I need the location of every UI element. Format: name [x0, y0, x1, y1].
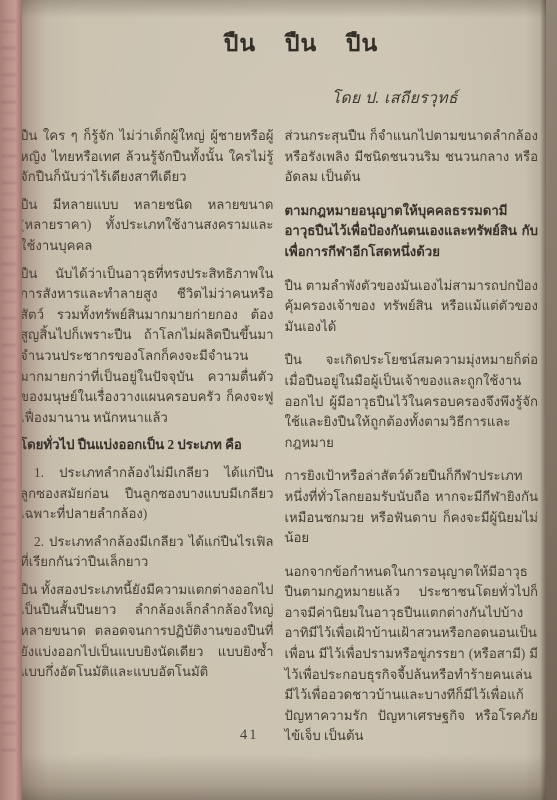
left-column: ปืน ใคร ๆ ก็รู้จัก ไม่ว่าเด็กผู้ใหญ่ ผู้…: [20, 126, 274, 760]
paragraph: ปืน จะเกิดประโยชน์สมความมุ่งหมายก็ต่อเมื…: [285, 350, 539, 453]
article-byline: โดย ป. เสถียรวุทธ์: [332, 85, 458, 110]
paragraph: ปืน ทั้งสองประเภทนี้ยังมีความแตกต่างออกไ…: [20, 580, 274, 683]
text-columns: ปืน ใคร ๆ ก็รู้จัก ไม่ว่าเด็กผู้ใหญ่ ผู้…: [20, 126, 538, 760]
paragraph: การยิงเป้าหรือล่าสัตว์ด้วยปืนก็กีฬาประเภ…: [285, 466, 539, 548]
paragraph: ปืน ใคร ๆ ก็รู้จัก ไม่ว่าเด็กผู้ใหญ่ ผู้…: [20, 126, 274, 188]
page-number: 41: [240, 727, 259, 744]
paragraph: ส่วนกระสุนปืน ก็จำแนกไปตามขนาดลำกล้องหรื…: [285, 126, 539, 188]
page-bottom-shadow: [14, 754, 546, 800]
paragraph: ปืน มีหลายแบบ หลายชนิด หลายขนาด (หลายราค…: [20, 195, 274, 257]
page-right-edge: [540, 0, 546, 800]
paragraph: ตามกฎหมายอนุญาตให้บุคคลธรรมดามีอาวุธปืนไ…: [285, 201, 539, 263]
paragraph: ปืน ตามลำพังตัวของมันเองไม่สามารถปกป้องค…: [285, 276, 539, 338]
book-scan: ปืน ปืน ปืน โดย ป. เสถียรวุทธ์ ปืน ใคร ๆ…: [0, 0, 557, 800]
section-heading: โดยทั่วไป ปืนแบ่งออกเป็น 2 ประเภท คือ: [20, 435, 274, 456]
book-page: ปืน ปืน ปืน โดย ป. เสถียรวุทธ์ ปืน ใคร ๆ…: [14, 0, 546, 800]
paragraph: นอกจากข้อกำหนดในการอนุญาตให้มีอาวุธปืนตา…: [285, 562, 539, 747]
numbered-item: 2. ประเภทลำกล้องมีเกลียว ได้แก่ปืนไรเฟิล…: [20, 532, 274, 573]
previous-page-edge: [0, 0, 22, 800]
paragraph: ปืน นับได้ว่าเป็นอาวุธที่ทรงประสิทธิภาพใ…: [20, 264, 274, 429]
page-top-shadow: [14, 0, 546, 18]
numbered-item: 1. ประเภทลำกล้องไม่มีเกลียว ได้แก่ปืนลูก…: [20, 463, 274, 525]
right-column: ส่วนกระสุนปืน ก็จำแนกไปตามขนาดลำกล้องหรื…: [285, 126, 539, 760]
article-title: ปืน ปืน ปืน: [14, 26, 546, 62]
print-bleed-marks: [2, 20, 16, 760]
